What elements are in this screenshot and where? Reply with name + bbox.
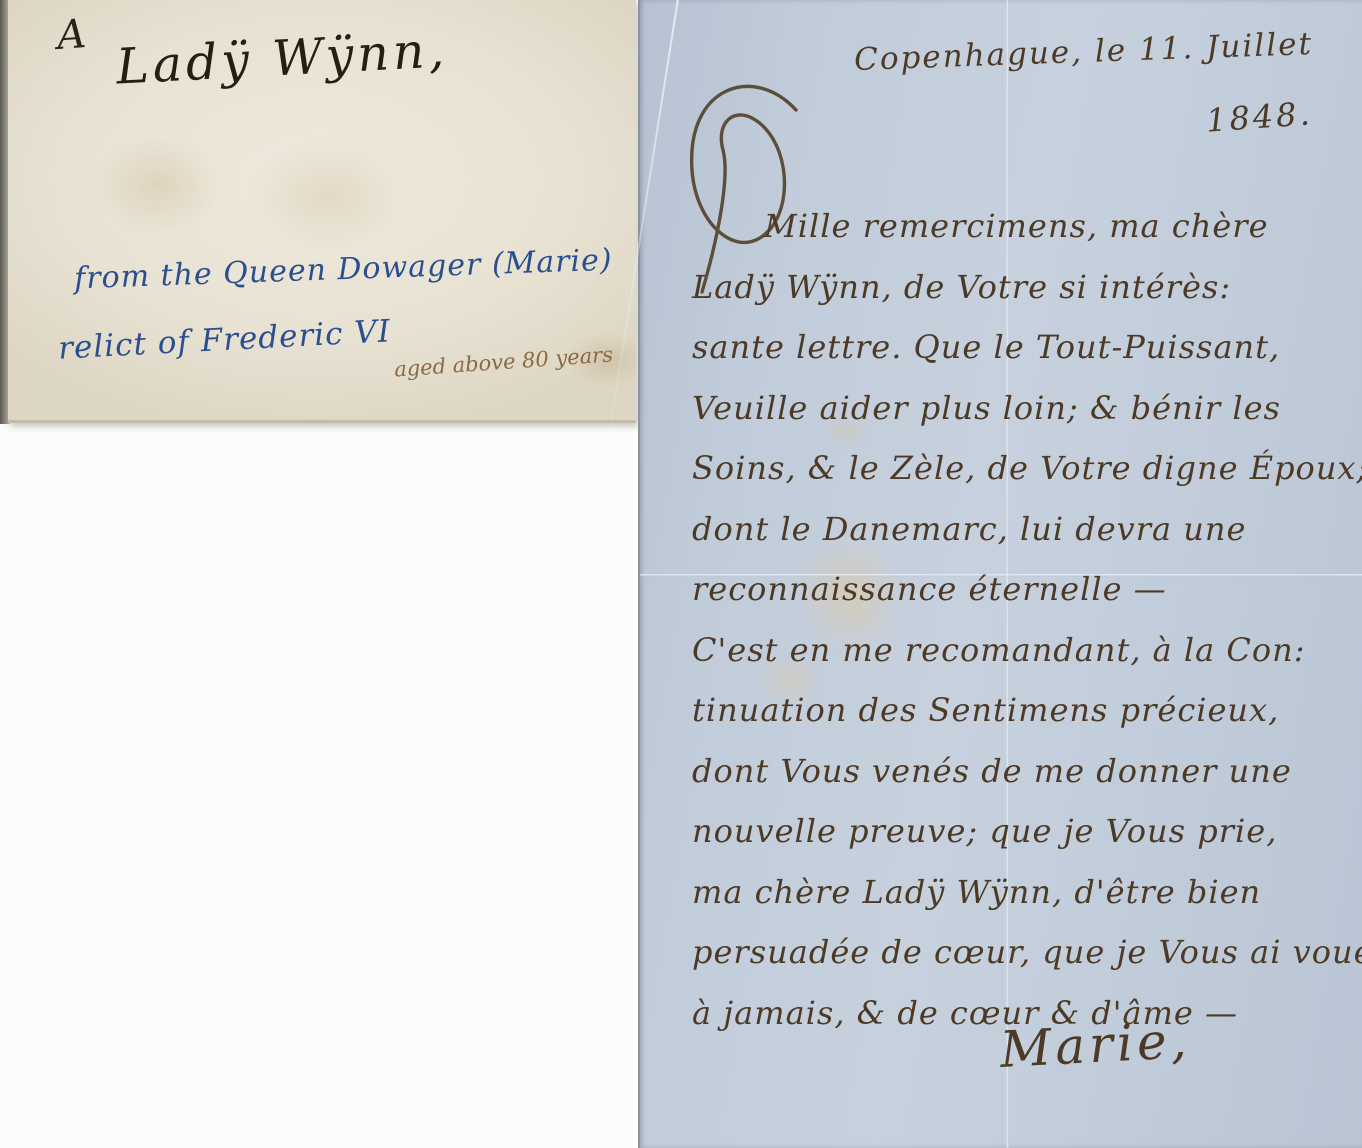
body-line: dont Vous venés de me donner une (692, 741, 1352, 802)
body-line: Mille remercimens, ma chère (692, 196, 1352, 257)
letter-sheet: Copenhague, le 11. Juillet 1848. Mille r… (638, 0, 1362, 1148)
curatorial-note-blue-line1: from the Queen Dowager (Marie) (74, 243, 614, 297)
body-line: dont le Danemarc, lui devra une (692, 499, 1352, 560)
body-line: Soins, & le Zèle, de Votre digne Époux; (692, 438, 1352, 499)
curatorial-note-brown: aged above 80 years (393, 342, 613, 381)
envelope-address-leaf: A Ladÿ Wÿnn, from the Queen Dowager (Mar… (8, 0, 636, 423)
addressee-prefix: A (55, 11, 87, 59)
body-line: C'est en me recomandant, à la Con: (692, 620, 1352, 681)
body-line: ma chère Ladÿ Wÿnn, d'être bien (692, 862, 1352, 923)
letter-year: 1848. (1205, 94, 1314, 139)
letter-body: Mille remercimens, ma chère Ladÿ Wÿnn, d… (692, 196, 1352, 1043)
body-line: nouvelle preuve; que je Vous prie, (692, 801, 1352, 862)
body-line: tinuation des Sentimens précieux, (692, 680, 1352, 741)
curatorial-note-blue-line2: relict of Frederic VI (57, 313, 392, 366)
addressee-name: Ladÿ Wÿnn, (115, 21, 450, 95)
body-line: Veuille aider plus loin; & bénir les (692, 378, 1352, 439)
signature-marie: Marie, (999, 1011, 1192, 1079)
body-line: persuadée de cœur, que je Vous ai vouée (692, 922, 1352, 983)
body-line: reconnaissance éternelle — (692, 559, 1352, 620)
body-line: Ladÿ Wÿnn, de Votre si intérès: (692, 257, 1352, 318)
letter-dateline: Copenhague, le 11. Juillet (854, 26, 1314, 78)
body-line: sante lettre. Que le Tout-Puissant, (692, 317, 1352, 378)
